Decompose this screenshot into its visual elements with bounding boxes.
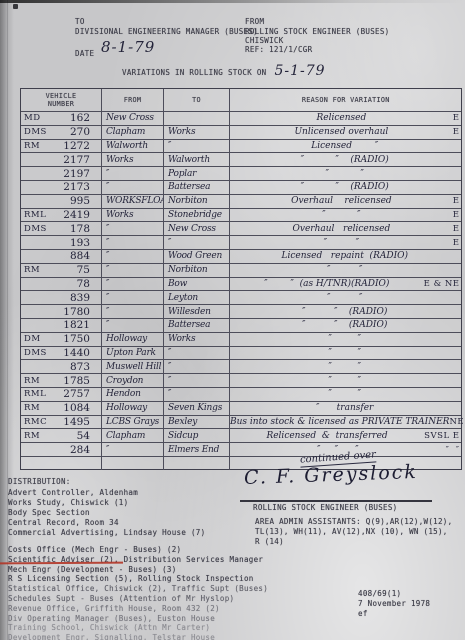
vehicle-number: 2419 (52, 209, 101, 221)
cell-reason: ″ ″ E (229, 209, 462, 222)
cell-reason: ″ ″ (229, 347, 462, 360)
cell-reason: Relicensed E (229, 112, 462, 125)
reason-margin-note: E & NE (424, 279, 462, 289)
cell-from: Croydon (101, 374, 163, 387)
vehicle-number: 162 (52, 112, 101, 124)
cell-reason: Relicensed & transferred SVSL E (229, 429, 462, 442)
cell-from: ″ (101, 181, 163, 194)
to-value: DIVISIONAL ENGINEERING MANAGER (BUSES) (75, 27, 258, 36)
signature-underline (240, 500, 432, 502)
scan-corner-mark (13, 4, 18, 9)
table-row: 995 WORKSFLOAT Norbiton Overhaul relicen… (21, 194, 461, 208)
area-admin-line: R (14) (255, 537, 452, 547)
vehicle-number: 1440 (52, 347, 101, 359)
vehicle-number: 2197 (52, 168, 101, 180)
cell-to: Bow (163, 278, 229, 291)
cell-to: Works (163, 126, 229, 139)
scanned-document-page: TO DIVISIONAL ENGINEERING MANAGER (BUSES… (0, 0, 465, 640)
reason-text: ″ ″ (230, 265, 460, 275)
cell-to (163, 112, 229, 125)
cell-vehicle-number: RM 54 (21, 429, 101, 442)
cell-from: Holloway (101, 333, 163, 346)
table-row: RM 1785 Croydon ″ ″ ″ (21, 373, 461, 387)
cell-from: LCBS Grays (101, 416, 163, 429)
table-row: 78 ″ Bow ″ ″ (as H/TNR)(RADIO) E & NE (21, 277, 461, 291)
vehicle-number: 178 (52, 223, 101, 235)
reason-text: ″ ″ (RADIO) (230, 155, 460, 165)
cell-vehicle-number: 2173 (21, 181, 101, 194)
cell-reason: ″ ″ (229, 388, 462, 401)
reason-text: ″ ″ (RADIO) (230, 307, 460, 317)
distribution-label: DISTRIBUTION: (8, 477, 71, 486)
cell-reason: ″ ″ (RADIO) (229, 305, 462, 318)
table-row: 873 Muswell Hill ″ ″ ″ (21, 359, 461, 373)
cell-to: Willesden (163, 305, 229, 318)
cell-vehicle-number: 873 (21, 360, 101, 373)
cell-from (101, 457, 163, 470)
from-value: ROLLING STOCK ENGINEER (BUSES) (245, 27, 389, 36)
table-row: 839 ″ Leyton ″ ″ (21, 290, 461, 304)
cell-vehicle-number: 1780 (21, 305, 101, 318)
cell-to: ″ (163, 360, 229, 373)
distribution-line: Works Study, Chiswick (1) (8, 498, 205, 508)
cell-from: ″ (101, 278, 163, 291)
document-title-row: VARIATIONS IN ROLLING STOCK ON 5-1-79 (122, 63, 326, 79)
vehicle-prefix: RM (21, 141, 52, 151)
cell-to: Battersea (163, 181, 229, 194)
vehicle-prefix: DM (21, 334, 52, 344)
table-row: RM 54 Clapham Sidcup Relicensed & transf… (21, 428, 461, 442)
cell-vehicle-number: 995 (21, 195, 101, 208)
cell-from: ″ (101, 222, 163, 235)
cell-from: Works (101, 153, 163, 166)
cell-vehicle-number: 884 (21, 250, 101, 263)
table-row: RM 75 ″ Norbiton ″ ″ (21, 263, 461, 277)
cell-reason: ″ ″ (229, 167, 462, 180)
table-row: MD 162 New Cross Relicensed E (21, 111, 461, 125)
cell-reason: Overhaul relicensed E (229, 195, 462, 208)
cell-to: Poplar (163, 167, 229, 180)
cell-vehicle-number: RM 1272 (21, 140, 101, 153)
reason-margin-note: E (453, 113, 462, 123)
cell-vehicle-number: RM 75 (21, 264, 101, 277)
date-value-handwritten: 8-1-79 (101, 38, 155, 56)
vehicle-number: 839 (52, 292, 101, 304)
vehicle-number: 1272 (52, 140, 101, 152)
cell-vehicle-number: RM 1084 (21, 402, 101, 415)
cell-to: Battersea (163, 319, 229, 332)
cell-vehicle-number: 2177 (21, 153, 101, 166)
reason-text: ″ ″ (230, 362, 460, 372)
cell-from: ″ (101, 167, 163, 180)
cell-reason: ″ transfer (229, 402, 462, 415)
cell-to: Wood Green (163, 250, 229, 263)
header-reason: REASON FOR VARIATION (229, 89, 462, 111)
cell-reason: ″ ″ (as H/TNR)(RADIO) E & NE (229, 278, 462, 291)
signature-title: ROLLING STOCK ENGINEER (BUSES) (253, 503, 397, 512)
cell-reason: ″ ″ (229, 374, 462, 387)
cell-to (163, 457, 229, 470)
signature: C. F. Greyslock (244, 461, 419, 489)
cell-to: Sidcup (163, 429, 229, 442)
vehicle-number: 1495 (52, 416, 101, 428)
table-row: DM 1750 Holloway Works ″ ″ (21, 332, 461, 346)
cell-from: Hendon (101, 388, 163, 401)
vehicle-prefix: MD (21, 113, 52, 123)
vehicle-number: 2177 (52, 154, 101, 166)
cell-reason: Licensed repaint (RADIO) (229, 250, 462, 263)
cell-reason: ″ ″ (229, 264, 462, 277)
distribution-line: Costs Office (Mech Engr - Buses) (2) (8, 545, 268, 555)
distribution-group2: Costs Office (Mech Engr - Buses) (2) Sci… (8, 545, 268, 640)
vehicle-number: 1750 (52, 333, 101, 345)
area-admin-assistants: AREA ADMIN ASSISTANTS: Q(9),AR(12),W(12)… (255, 517, 452, 547)
vehicle-prefix: DMS (21, 127, 52, 137)
vehicle-prefix: RM (21, 265, 52, 275)
cell-from: Clapham (101, 429, 163, 442)
reason-text: Relicensed & transferred (230, 431, 424, 441)
cell-to: Elmers End (163, 443, 229, 456)
cell-vehicle-number: DMS 178 (21, 222, 101, 235)
reason-text: ″ ″ (230, 293, 460, 303)
table-row: DMS 270 Clapham Works Unlicensed overhau… (21, 125, 461, 139)
distribution-line: Schedules Supt - Buses (Attention of Mr … (8, 594, 268, 604)
vehicle-prefix: RML (21, 210, 52, 220)
area-admin-line: AREA ADMIN ASSISTANTS: Q(9),AR(12),W(12)… (255, 517, 452, 527)
distribution-line: Training School, Chiswick (Attn Mr Carte… (8, 623, 268, 633)
from-location: CHISWICK (245, 36, 284, 45)
reason-text: ″ ″ (as H/TNR)(RADIO) (230, 279, 424, 289)
cell-to: ″ (163, 236, 229, 249)
reason-text: ″ ″ (230, 169, 460, 179)
reason-text: Licensed ″ (230, 141, 460, 151)
cell-reason: Licensed ″ (229, 140, 462, 153)
reason-text: ″ ″ (230, 348, 460, 358)
distribution-line: Central Record, Room 34 (8, 518, 205, 528)
reason-text: ″ ″ (230, 389, 460, 399)
cell-vehicle-number: DM 1750 (21, 333, 101, 346)
vehicle-prefix: RMC (21, 417, 52, 427)
table-row: RML 2419 Works Stonebridge ″ ″ E (21, 208, 461, 222)
table-row: 1821 ″ Battersea ″ ″ (RADIO) (21, 318, 461, 332)
reason-text: Overhaul relicensed (230, 196, 453, 206)
vehicle-number: 75 (52, 264, 101, 276)
cell-from: New Cross (101, 112, 163, 125)
cell-vehicle-number: 284 (21, 443, 101, 456)
vehicle-number: 2757 (52, 388, 101, 400)
reason-text: ″ ″ (RADIO) (230, 182, 460, 192)
cell-vehicle-number: 1821 (21, 319, 101, 332)
cell-to: Leyton (163, 291, 229, 304)
cell-to: ″ (163, 374, 229, 387)
cell-reason: ″ ″ (RADIO) (229, 181, 462, 194)
cell-reason: Bus into stock & licensed as PRIVATE TRA… (229, 416, 462, 429)
cell-from: Walworth (101, 140, 163, 153)
document-title-date-handwritten: 5-1-79 (274, 63, 325, 79)
table-row: DMS 178 ″ New Cross Overhaul relicensed … (21, 221, 461, 235)
reference-line: 7 November 1978 (358, 599, 430, 609)
cell-to: Stonebridge (163, 209, 229, 222)
cell-to: Seven Kings (163, 402, 229, 415)
distribution-line: Mech Engr (Development - Buses) (3) (8, 565, 268, 575)
table-row: 193 ″ ″ ″ ″ E (21, 235, 461, 249)
cell-from: ″ (101, 291, 163, 304)
distribution-line: Commercial Advertising, Lindsay House (7… (8, 528, 205, 538)
reason-margin-note: E (453, 210, 462, 220)
cell-vehicle-number: MD 162 (21, 112, 101, 125)
cell-from: ″ (101, 305, 163, 318)
cell-reason: Unlicensed overhaul E (229, 126, 462, 139)
vehicle-prefix: DMS (21, 224, 52, 234)
table-row: 284 ″ Elmers End ″ ″ ″ ″ ″ (21, 442, 461, 456)
distribution-line: Div Operating Manager (Buses), Euston Ho… (8, 614, 268, 624)
vehicle-number: 193 (52, 237, 101, 249)
header-from: FROM (101, 89, 163, 111)
vehicle-number: 873 (52, 361, 101, 373)
cell-vehicle-number: DMS 270 (21, 126, 101, 139)
reason-text: ″ ″ (230, 334, 460, 344)
vehicle-number: 995 (52, 195, 101, 207)
reference-line: ef (358, 609, 430, 619)
cell-from: ″ (101, 250, 163, 263)
cell-vehicle-number: 839 (21, 291, 101, 304)
cell-vehicle-number: RMC 1495 (21, 416, 101, 429)
reason-margin-note: ″ ″ (446, 445, 462, 455)
reason-text: Relicensed (230, 113, 453, 123)
cell-to: Bexley (163, 416, 229, 429)
vehicle-number: 270 (52, 126, 101, 138)
cell-reason: ″ ″ (229, 291, 462, 304)
distribution-line: Development Engr, Signalling, Telstar Ho… (8, 633, 268, 640)
table-row: 884 ″ Wood Green Licensed repaint (RADIO… (21, 249, 461, 263)
reason-text: ″ ″ (230, 210, 453, 220)
table-row: 1780 ″ Willesden ″ ″ (RADIO) (21, 304, 461, 318)
distribution-line: Revenue Office, Griffith House, Room 432… (8, 604, 268, 614)
cell-reason: ″ ″ (229, 360, 462, 373)
cell-from: Works (101, 209, 163, 222)
reason-margin-note: E (453, 196, 462, 206)
reason-margin-note: E (453, 224, 462, 234)
vehicle-number: 1084 (52, 402, 101, 414)
cell-to: ″ (163, 140, 229, 153)
cell-vehicle-number: RM 1785 (21, 374, 101, 387)
vehicle-number: 884 (52, 250, 101, 262)
table-row: 2173 ″ Battersea ″ ″ (RADIO) (21, 180, 461, 194)
reason-margin-note: E (453, 127, 462, 137)
reason-text: ″ ″ (230, 238, 453, 248)
cell-to: ″ (163, 388, 229, 401)
distribution-line: R S Licensing Section (5), Rolling Stock… (8, 574, 268, 584)
vehicle-prefix: RM (21, 431, 52, 441)
table-body: MD 162 New Cross Relicensed E DMS 270 (21, 111, 461, 470)
table-row: 2177 Works Walworth ″ ″ (RADIO) (21, 152, 461, 166)
cell-vehicle-number: 193 (21, 236, 101, 249)
table-header-row: VEHICLE NUMBER FROM TO REASON FOR VARIAT… (21, 89, 461, 111)
cell-vehicle-number (21, 457, 101, 470)
vehicle-number: 1821 (52, 319, 101, 331)
reason-text: Bus into stock & licensed as PRIVATE TRA… (230, 417, 449, 427)
table-row: RML 2757 Hendon ″ ″ ″ (21, 387, 461, 401)
reason-text: ″ ″ (RADIO) (230, 320, 460, 330)
cell-from: Clapham (101, 126, 163, 139)
reason-text: ″ transfer (230, 403, 460, 413)
date-label: DATE (75, 49, 94, 58)
cell-reason: ″ ″ (229, 333, 462, 346)
cell-reason: Overhaul relicensed E (229, 222, 462, 235)
cell-to: Walworth (163, 153, 229, 166)
vehicle-number: 1780 (52, 306, 101, 318)
variations-table: VEHICLE NUMBER FROM TO REASON FOR VARIAT… (20, 88, 462, 470)
paper-fold-line (7, 0, 8, 640)
vehicle-prefix: RML (21, 389, 52, 399)
table-row: RM 1272 Walworth ″ Licensed ″ (21, 139, 461, 153)
cell-to: Norbiton (163, 195, 229, 208)
cell-reason: ″ ″ E (229, 236, 462, 249)
reason-margin-note: NE (449, 417, 465, 427)
header-to: TO (163, 89, 229, 111)
cell-to: Norbiton (163, 264, 229, 277)
cell-vehicle-number: 78 (21, 278, 101, 291)
cell-from: ″ (101, 236, 163, 249)
cell-from: ″ (101, 264, 163, 277)
vehicle-number: 284 (52, 444, 101, 456)
vehicle-number: 54 (52, 430, 101, 442)
scan-edge-top (0, 0, 465, 3)
table-row: 2197 ″ Poplar ″ ″ (21, 166, 461, 180)
distribution-line: Statistical Office, Chiswick (2), Traffi… (8, 584, 268, 594)
reason-text: Licensed repaint (RADIO) (230, 251, 460, 261)
area-admin-line: TL(13), WH(11), AV(12),NX (10), WN (15), (255, 527, 452, 537)
reference-block: 408/69(1) 7 November 1978 ef (358, 589, 430, 619)
cell-reason: ″ ″ (RADIO) (229, 153, 462, 166)
cell-reason: ″ ″ (RADIO) (229, 319, 462, 332)
cell-from: Muswell Hill (101, 360, 163, 373)
cell-vehicle-number: 2197 (21, 167, 101, 180)
cell-to: ″ (163, 347, 229, 360)
from-label: FROM (245, 17, 264, 26)
cell-from: ″ (101, 319, 163, 332)
cell-vehicle-number: RML 2757 (21, 388, 101, 401)
reference-line: 408/69(1) (358, 589, 430, 599)
distribution-group1: Advert Controller, Aldenham Works Study,… (8, 488, 205, 538)
cell-to: Works (163, 333, 229, 346)
cell-from: ″ (101, 443, 163, 456)
reason-text: Unlicensed overhaul (230, 127, 453, 137)
vehicle-prefix: DMS (21, 348, 52, 358)
vehicle-prefix: RM (21, 376, 52, 386)
to-label: TO (75, 17, 85, 26)
reason-margin-note: SVSL E (424, 431, 461, 441)
cell-to: New Cross (163, 222, 229, 235)
distribution-line: Body Spec Section (8, 508, 205, 518)
vehicle-number: 2173 (52, 181, 101, 193)
header-vehicle-number: VEHICLE NUMBER (21, 89, 101, 111)
cell-vehicle-number: RML 2419 (21, 209, 101, 222)
cell-from: Upton Park (101, 347, 163, 360)
distribution-line: Advert Controller, Aldenham (8, 488, 205, 498)
document-title: VARIATIONS IN ROLLING STOCK ON (122, 68, 266, 77)
ref-number: REF: 121/1/CGR (245, 45, 312, 54)
table-row: DMS 1440 Upton Park ″ ″ ″ (21, 346, 461, 360)
table-row: RM 1084 Holloway Seven Kings ″ transfer (21, 401, 461, 415)
vehicle-number: 78 (52, 278, 101, 290)
cell-from: WORKSFLOAT (101, 195, 163, 208)
reason-margin-note: E (453, 238, 462, 248)
cell-from: Holloway (101, 402, 163, 415)
vehicle-prefix: RM (21, 403, 52, 413)
vehicle-number: 1785 (52, 375, 101, 387)
cell-vehicle-number: DMS 1440 (21, 347, 101, 360)
table-row: RMC 1495 LCBS Grays Bexley Bus into stoc… (21, 415, 461, 429)
reason-text: ″ ″ (230, 376, 460, 386)
reason-text: Overhaul relicensed (230, 224, 453, 234)
